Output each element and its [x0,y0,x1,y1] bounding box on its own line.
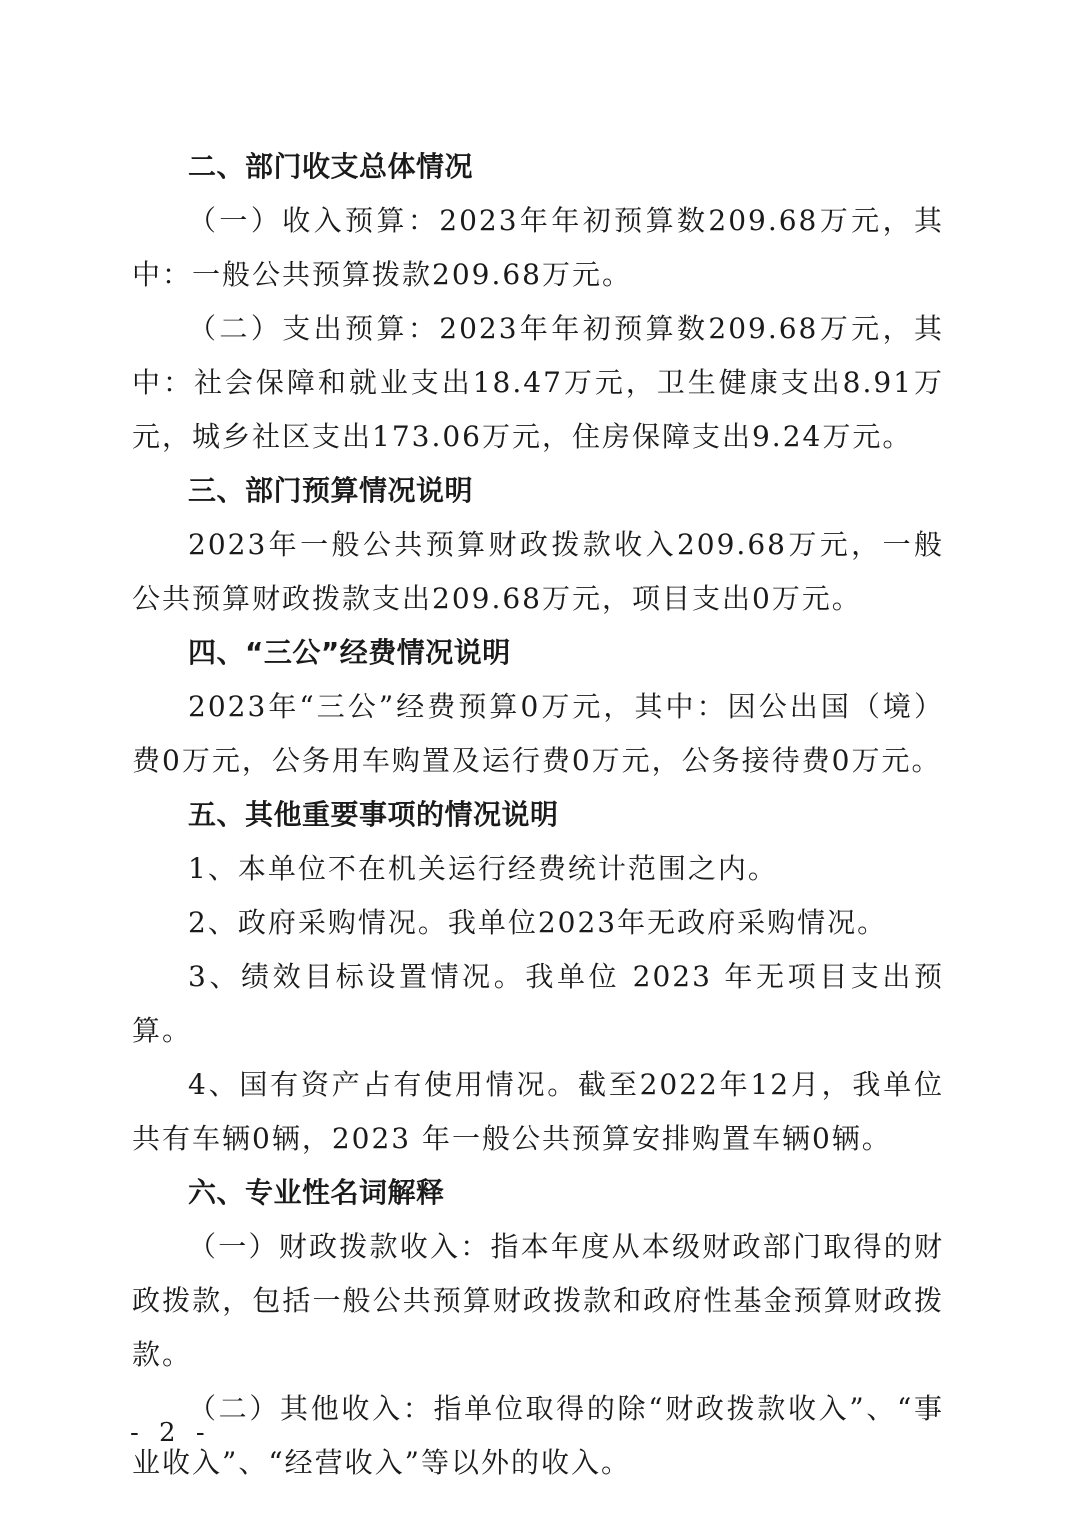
paragraph-glossary-2: （二）其他收入：指单位取得的除“财政拨款收入”、“事业收入”、“经营收入”等以外… [132,1382,944,1490]
paragraph-other-3: 3、绩效目标设置情况。我单位 2023 年无项目支出预算。 [132,950,944,1058]
paragraph-budget-notes: 2023年一般公共预算财政拨款收入209.68万元，一般公共预算财政拨款支出20… [132,518,944,626]
section-heading-glossary: 六、专业性名词解释 [132,1166,944,1220]
paragraph-income-budget: （一）收入预算：2023年年初预算数209.68万元，其中：一般公共预算拨款20… [132,194,944,302]
paragraph-expense-budget: （二）支出预算：2023年年初预算数209.68万元，其中：社会保障和就业支出1… [132,302,944,464]
document-page: 二、部门收支总体情况 （一）收入预算：2023年年初预算数209.68万元，其中… [132,140,944,1490]
page-number: - 2 - [130,1418,211,1448]
paragraph-glossary-1: （一）财政拨款收入：指本年度从本级财政部门取得的财政拨款，包括一般公共预算财政拨… [132,1220,944,1382]
paragraph-other-4: 4、国有资产占有使用情况。截至2022年12月，我单位共有车辆0辆，2023 年… [132,1058,944,1166]
paragraph-other-2: 2、政府采购情况。我单位2023年无政府采购情况。 [132,896,944,950]
section-heading-three-public: 四、“三公”经费情况说明 [132,626,944,680]
section-heading-other-matters: 五、其他重要事项的情况说明 [132,788,944,842]
paragraph-three-public: 2023年“三公”经费预算0万元，其中：因公出国（境）费0万元，公务用车购置及运… [132,680,944,788]
section-heading-overview: 二、部门收支总体情况 [132,140,944,194]
section-heading-budget-notes: 三、部门预算情况说明 [132,464,944,518]
paragraph-other-1: 1、本单位不在机关运行经费统计范围之内。 [132,842,944,896]
